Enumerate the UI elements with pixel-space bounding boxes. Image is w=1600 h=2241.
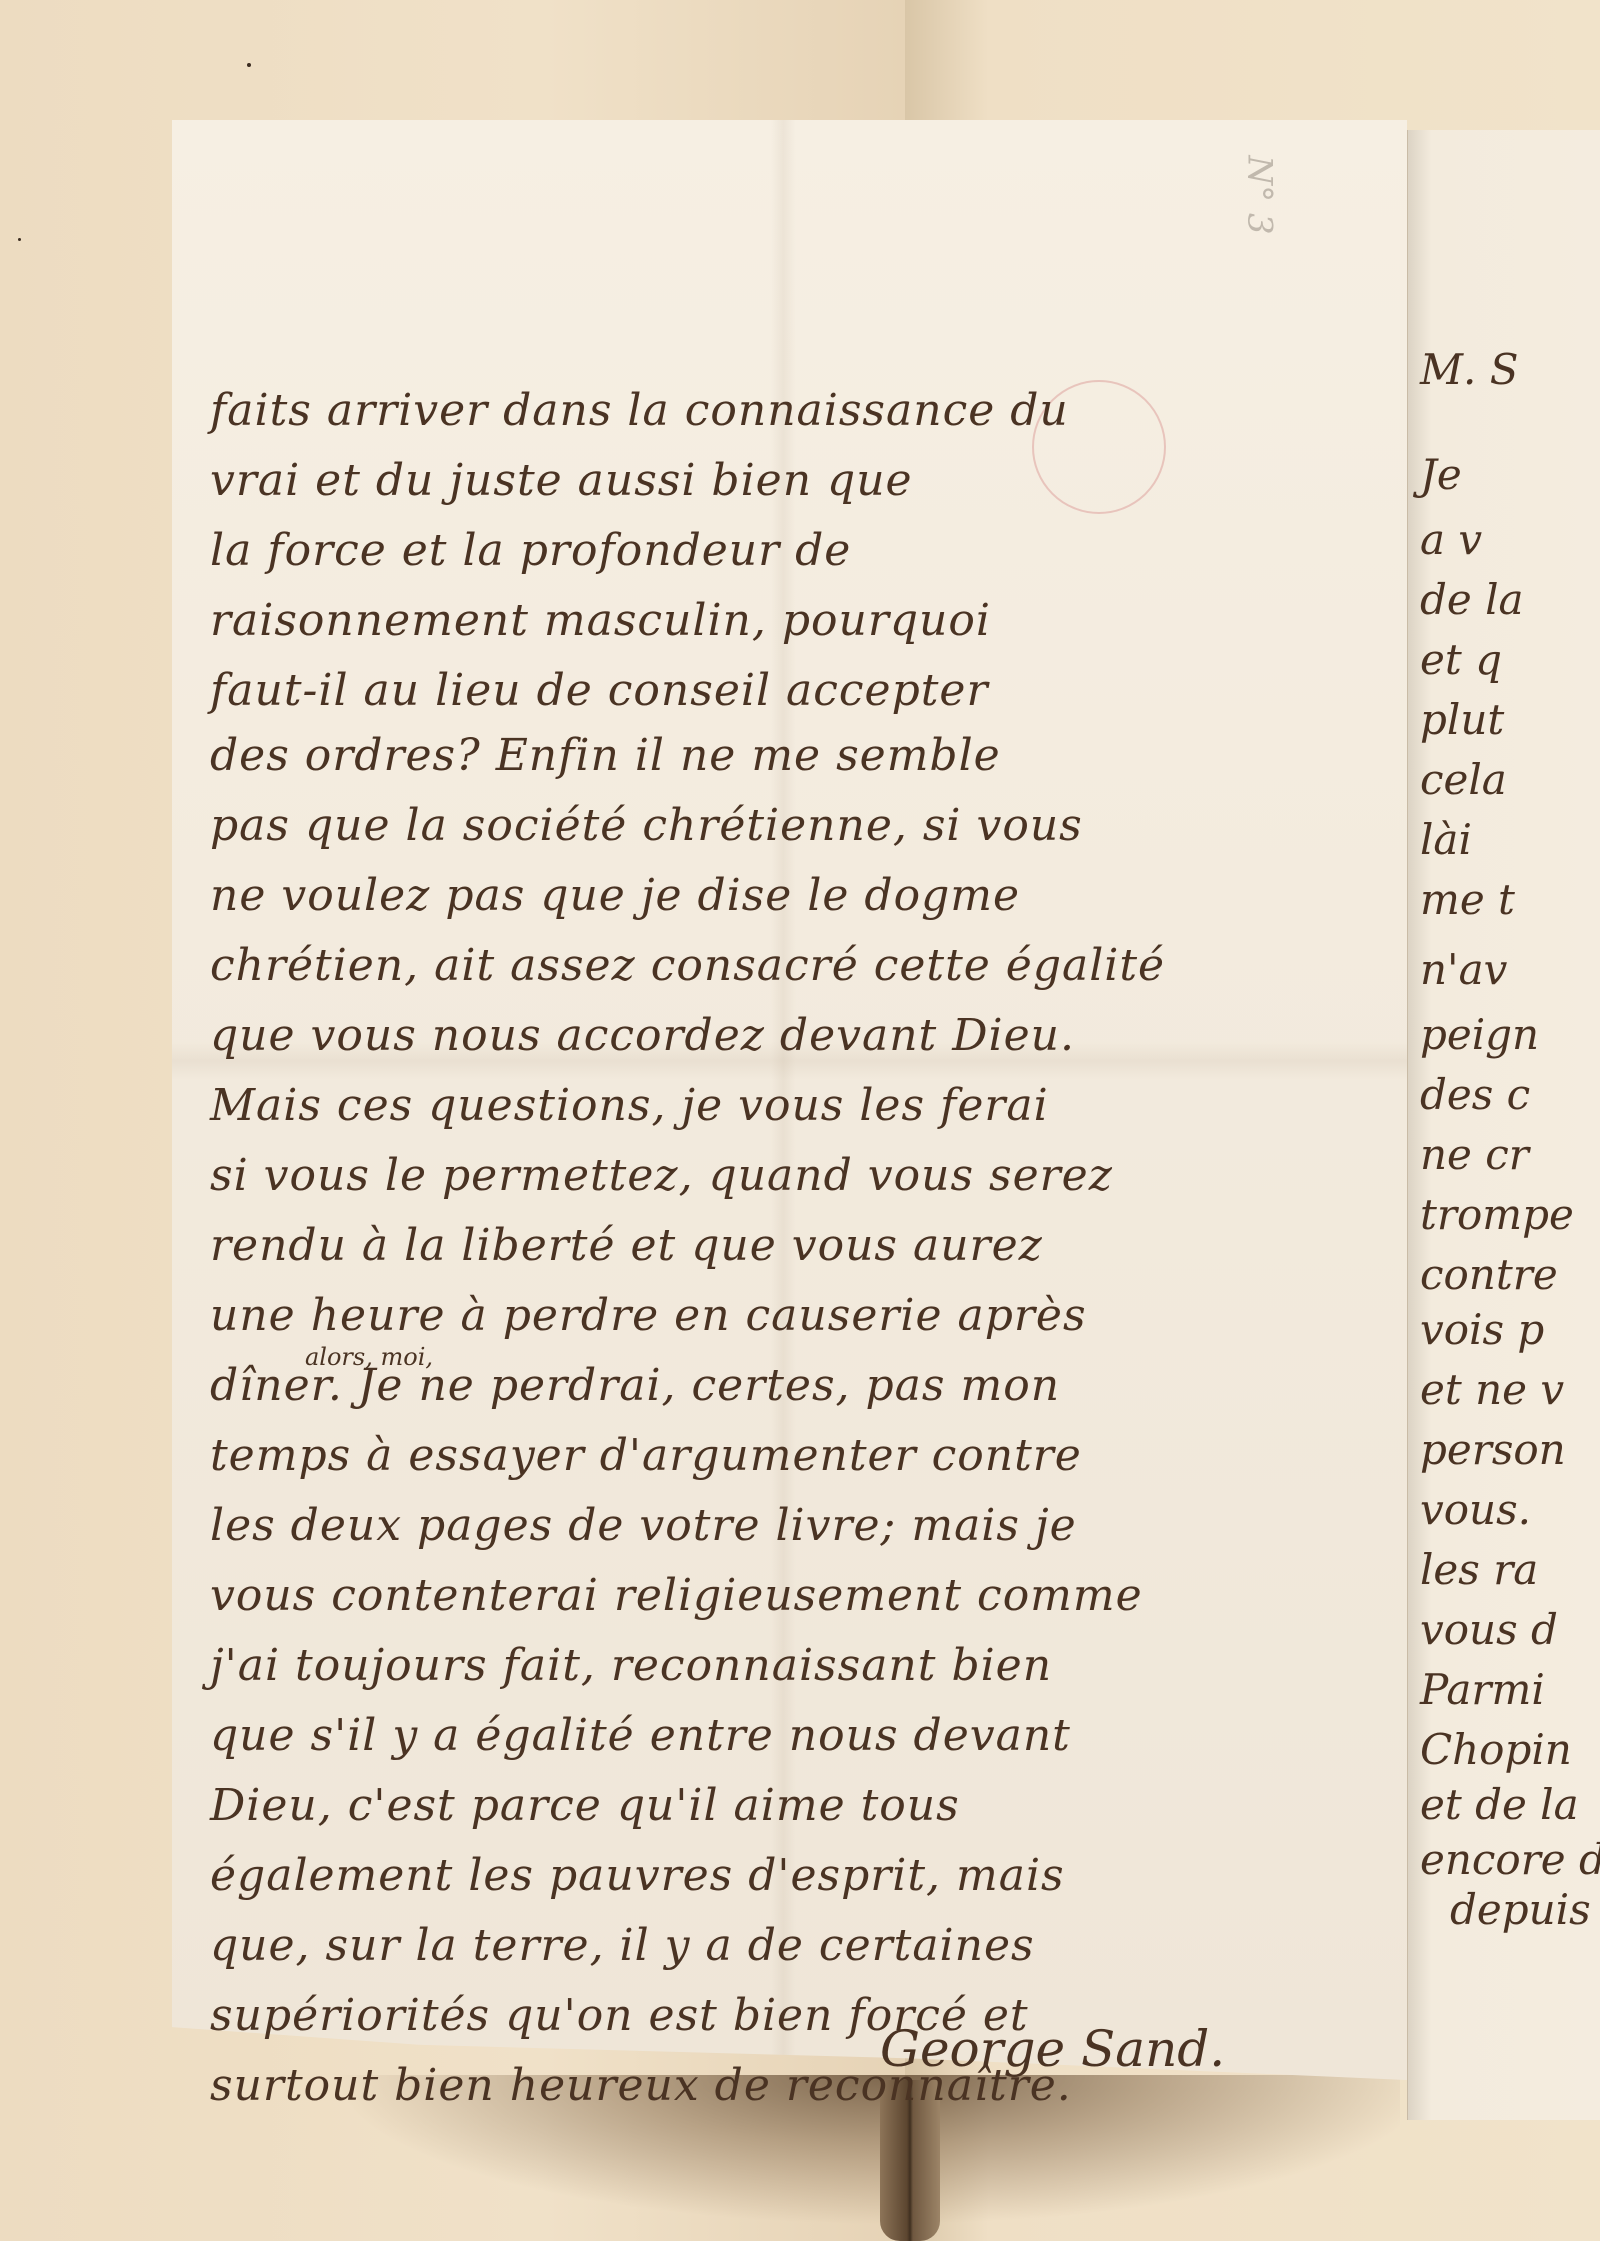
letter-line: pas que la société chrétienne, si vous (210, 800, 1083, 851)
letter-line: les deux pages de votre livre; mais je (210, 1500, 1077, 1551)
letter-line: raisonnement masculin, pourquoi (210, 595, 991, 646)
fragment-line: encore d (1420, 1835, 1600, 1884)
signature: George Sand. (880, 2020, 1225, 2078)
fragment-line: vois p (1420, 1305, 1544, 1354)
fragment-line: des c (1420, 1070, 1530, 1119)
fragment-line: cela (1420, 755, 1507, 804)
letter-line: vrai et du juste aussi bien que (210, 455, 913, 506)
fragment-line: person (1420, 1425, 1566, 1474)
letter-line: faut-il au lieu de conseil accepter (210, 665, 989, 716)
fragment-line: Chopin (1420, 1725, 1572, 1774)
fragment-line: vous d (1420, 1605, 1558, 1654)
paper-speck (18, 238, 21, 241)
archive-number: N° 3 (1240, 155, 1280, 234)
letter-line: la force et la profondeur de (210, 525, 851, 576)
letter-line: faits arriver dans la connaissance du (210, 385, 1069, 436)
letter-line: ne voulez pas que je dise le dogme (210, 870, 1020, 921)
fragment-line: vous. (1420, 1485, 1531, 1534)
letter-line: chrétien, ait assez consacré cette égali… (210, 940, 1165, 991)
fragment-line: et q (1420, 635, 1502, 684)
fragment-line: lài (1420, 815, 1472, 864)
letter-line: Mais ces questions, je vous les ferai (210, 1080, 1049, 1131)
fragment-line: a v (1420, 515, 1482, 564)
letter-line: également les pauvres d'esprit, mais (210, 1850, 1065, 1901)
fragment-line: de la (1420, 575, 1524, 624)
fragment-line: Parmi (1420, 1665, 1545, 1714)
fragment-line: ne cr (1420, 1130, 1529, 1179)
letter-line: si vous le permettez, quand vous serez (210, 1150, 1113, 1201)
letter-line: dîner. Je ne perdrai, certes, pas mon (210, 1360, 1060, 1411)
fragment-line: et de la (1420, 1780, 1579, 1829)
letter-line: j'ai toujours fait, reconnaissant bien (210, 1640, 1052, 1691)
fragment-line: les ra (1420, 1545, 1538, 1594)
fragment-line: depuis (1450, 1885, 1591, 1934)
fragment-line: contre (1420, 1250, 1558, 1299)
letter-line: temps à essayer d'argumenter contre (210, 1430, 1082, 1481)
letter-line: que, sur la terre, il y a de certaines (210, 1920, 1035, 1971)
fragment-line: trompe (1420, 1190, 1574, 1239)
letter-line: des ordres? Enfin il ne me semble (210, 730, 1001, 781)
letter-line: que vous nous accordez devant Dieu. (210, 1010, 1075, 1061)
letter-line: Dieu, c'est parce qu'il aime tous (210, 1780, 960, 1831)
letter-line: rendu à la liberté et que vous aurez (210, 1220, 1043, 1271)
fragment-line: plut (1420, 695, 1504, 744)
paper-speck (247, 63, 251, 67)
fragment-line: Je (1420, 450, 1462, 499)
fragment-line: peign (1420, 1010, 1539, 1059)
fragment-line: M. S (1420, 345, 1518, 394)
letter-line: vous contenterai religieusement comme (210, 1570, 1143, 1621)
letter-line: une heure à perdre en causerie après (210, 1290, 1087, 1341)
fragment-line: n'av (1420, 945, 1507, 994)
letter-line: que s'il y a égalité entre nous devant (210, 1710, 1071, 1761)
fragment-line: et ne v (1420, 1365, 1564, 1414)
fragment-line: me t (1420, 875, 1515, 924)
